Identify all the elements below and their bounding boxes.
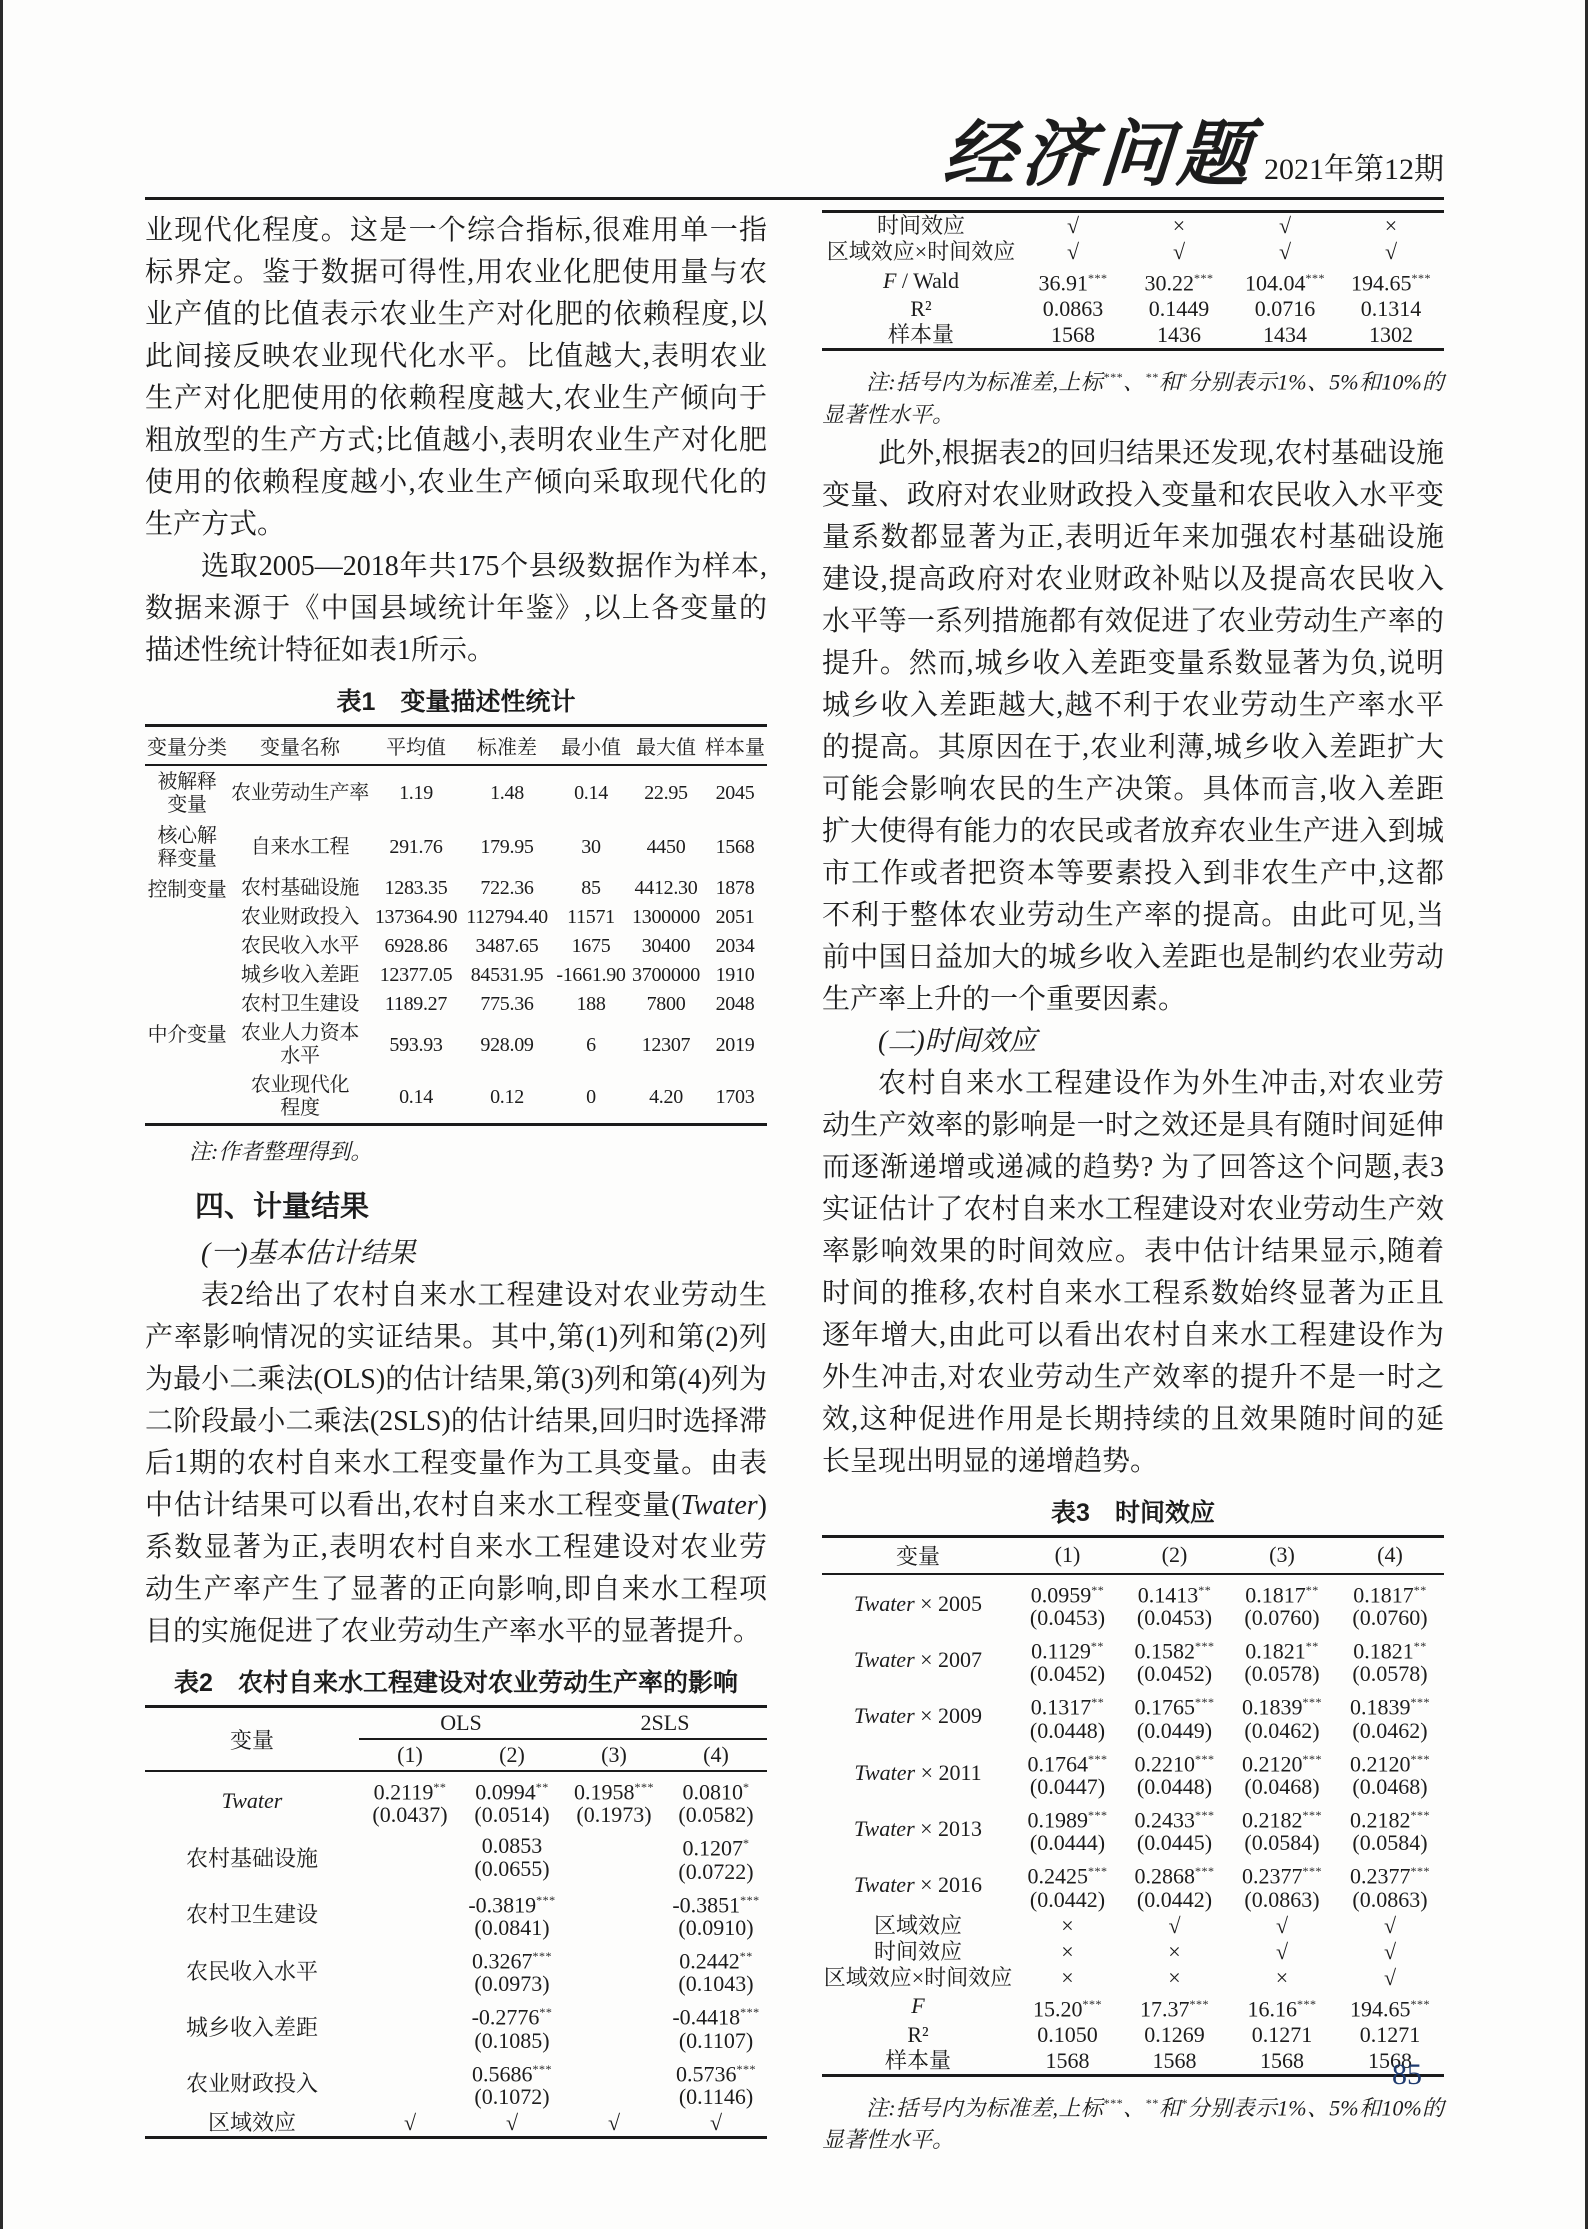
- table-cell: √: [359, 2110, 461, 2138]
- table-cell: 775.36: [461, 990, 553, 1019]
- table-cell: [359, 1828, 461, 1884]
- table-cell: 2034: [703, 932, 767, 961]
- variable-name: 城乡收入差距: [229, 961, 371, 990]
- standard-error: (0.0442): [1014, 1888, 1121, 1911]
- table-row: Twater × 20050.0959**(0.0453)0.1413**(0.…: [822, 1574, 1444, 1631]
- table-cell: 1703: [703, 1071, 767, 1125]
- coefficient: -0.2776**: [461, 2001, 563, 2028]
- table-cell: 0.0863: [1020, 296, 1126, 322]
- effect-mark: ×: [1061, 1913, 1073, 1938]
- subsection-basic-estimation: (一)基本估计结果: [145, 1233, 767, 1275]
- table-cell: 0.2442**(0.1043): [665, 1941, 767, 1997]
- column-header: 变量分类: [145, 726, 229, 766]
- table-row: 区域效应√√√√: [145, 2110, 767, 2138]
- standard-error: (0.0584): [1336, 1831, 1444, 1854]
- table-cell: 0.5686***(0.1072): [461, 2054, 563, 2110]
- table-cell: 4450: [629, 820, 703, 874]
- standard-error: (0.0437): [359, 1803, 461, 1826]
- table-row: F15.20***17.37***16.16***194.65***: [822, 1991, 1444, 2022]
- standard-error: (0.0444): [1014, 1831, 1121, 1854]
- table-row: Twater × 20130.1989***(0.0444)0.2433***(…: [822, 1800, 1444, 1856]
- table-cell: 0.2433***(0.0445): [1121, 1800, 1228, 1856]
- standard-error: (0.0863): [1336, 1888, 1444, 1911]
- table-cell: ×: [1014, 1939, 1121, 1965]
- variable-name: 农业现代化 程度: [229, 1071, 371, 1125]
- row-label: F: [822, 1991, 1014, 2022]
- table-cell: √: [1336, 1939, 1444, 1965]
- column-header: 最大值: [629, 726, 703, 766]
- table2-note: 注:括号内为标准差,上标***、**和*分别表示1%、5%和10%的显著性水平。: [822, 361, 1444, 430]
- table-cell: 928.09: [461, 1019, 553, 1071]
- effect-mark: √: [1168, 1913, 1180, 1938]
- row-label: 样本量: [822, 322, 1020, 350]
- table-cell: -1661.90: [553, 961, 629, 990]
- coefficient: 0.2182***: [1228, 1804, 1336, 1831]
- effect-mark: √: [1384, 1939, 1396, 1964]
- table-cell: 2019: [703, 1019, 767, 1071]
- coefficient: 0.1317**: [1014, 1691, 1121, 1718]
- table-cell: 0.1269: [1121, 2022, 1228, 2048]
- table-cell: 1436: [1126, 322, 1232, 350]
- table-row: 区域效应×时间效应√√√√: [822, 239, 1444, 265]
- table-cell: 16.16***: [1228, 1991, 1336, 2022]
- table-cell: 1568: [1228, 2048, 1336, 2076]
- journal-page: 经济问题 2021年第12期 业现代化程度。这是一个综合指标,很难用单一指标界定…: [0, 0, 1588, 2229]
- table-cell: 0.1314: [1338, 296, 1444, 322]
- coefficient: 0.1129**: [1014, 1635, 1121, 1662]
- column-header: (1): [1014, 1536, 1121, 1574]
- header-rule: [145, 197, 1444, 200]
- standard-error: (0.0841): [461, 1916, 563, 1939]
- method-group-header: OLS: [359, 1707, 563, 1740]
- variable-category: 控制变量: [145, 874, 229, 1019]
- table-cell: √: [1121, 1913, 1228, 1939]
- column-header: 平均值: [371, 726, 461, 766]
- row-label: 区域效应×时间效应: [822, 239, 1020, 265]
- table-cell: 4.20: [629, 1071, 703, 1125]
- table-cell: √: [1338, 239, 1444, 265]
- table-cell: 0.2377***(0.0863): [1336, 1856, 1444, 1912]
- table-cell: √: [1020, 239, 1126, 265]
- table-cell: 0.1989***(0.0444): [1014, 1800, 1121, 1856]
- page-number: 85: [1392, 2058, 1422, 2092]
- row-label: 农民收入水平: [145, 1941, 359, 1997]
- effect-mark: √: [404, 2110, 416, 2135]
- table3-note: 注:括号内为标准差,上标***、**和*分别表示1%、5%和10%的显著性水平。: [822, 2087, 1444, 2156]
- standard-error: (0.0452): [1014, 1662, 1121, 1685]
- coefficient: 0.0853: [461, 1834, 563, 1857]
- table-cell: √: [461, 2110, 563, 2138]
- table1-title: 表1 变量描述性统计: [145, 682, 767, 718]
- standard-error: (0.0584): [1228, 1831, 1336, 1854]
- standard-error: (0.0910): [665, 1916, 767, 1939]
- standard-error: (0.0760): [1336, 1606, 1444, 1629]
- table-cell: 0.3267***(0.0973): [461, 1941, 563, 1997]
- coefficient: 0.1817**: [1228, 1579, 1336, 1606]
- table-row: Twater × 20160.2425***(0.0442)0.2868***(…: [822, 1856, 1444, 1912]
- table-cell: √: [1228, 1939, 1336, 1965]
- table-cell: 0.2120***(0.0468): [1336, 1744, 1444, 1800]
- standard-error: (0.0582): [665, 1803, 767, 1826]
- table-cell: ×: [1121, 1939, 1228, 1965]
- table-cell: 0.14: [371, 1071, 461, 1125]
- table-cell: 1283.35: [371, 874, 461, 903]
- effect-mark: ×: [1168, 1939, 1180, 1964]
- paragraph-time-effect: 农村自来水工程建设作为外生冲击,对农业劳动生产效率的影响是一时之效还是具有随时间…: [822, 1063, 1444, 1483]
- coefficient: 0.1582***: [1121, 1635, 1228, 1662]
- standard-error: (0.1973): [563, 1803, 665, 1826]
- table-cell: 17.37***: [1121, 1991, 1228, 2022]
- standard-error: (0.0448): [1121, 1775, 1228, 1798]
- table-cell: 137364.90: [371, 903, 461, 932]
- effect-mark: √: [1384, 1913, 1396, 1938]
- table-cell: 0.1050: [1014, 2022, 1121, 2048]
- table-cell: 0.0716: [1232, 296, 1338, 322]
- table-row: R²0.08630.14490.07160.1314: [822, 296, 1444, 322]
- table-row: Twater × 20110.1764***(0.0447)0.2210***(…: [822, 1744, 1444, 1800]
- standard-error: (0.0973): [461, 1972, 563, 1995]
- row-label: Twater × 2007: [822, 1631, 1014, 1687]
- table-cell: 0.2120***(0.0468): [1228, 1744, 1336, 1800]
- standard-error: (0.0863): [1228, 1888, 1336, 1911]
- section-heading: 四、计量结果: [145, 1184, 767, 1225]
- effect-mark: ×: [1276, 1965, 1288, 1990]
- table-cell: 30400: [629, 932, 703, 961]
- table-cell: √: [1228, 1913, 1336, 1939]
- table-cell: 0.0959**(0.0453): [1014, 1574, 1121, 1631]
- row-label: 区域效应: [822, 1913, 1014, 1939]
- standard-error: (0.0442): [1121, 1888, 1228, 1911]
- variable-name: 农村卫生建设: [229, 990, 371, 1019]
- column-header: 样本量: [703, 726, 767, 766]
- coefficient: 0.2425***: [1014, 1860, 1121, 1887]
- variable-name: 自来水工程: [229, 820, 371, 874]
- table-cell: 1568: [1121, 2048, 1228, 2076]
- table-cell: [359, 1941, 461, 1997]
- table-cell: 1.48: [461, 765, 553, 820]
- effect-mark: √: [1384, 1965, 1396, 1990]
- table-cell: 4412.30: [629, 874, 703, 903]
- table-cell: [563, 2054, 665, 2110]
- table-cell: 3487.65: [461, 932, 553, 961]
- row-label: Twater × 2011: [822, 1744, 1014, 1800]
- table-row: 区域效应×时间效应×××√: [822, 1965, 1444, 1991]
- table-cell: [563, 1941, 665, 1997]
- table-row: 农业财政投入137364.90112794.401157113000002051: [145, 903, 767, 932]
- table-cell: 0.5736***(0.1146): [665, 2054, 767, 2110]
- effect-mark: √: [1276, 1913, 1288, 1938]
- coefficient: 0.1764***: [1014, 1748, 1121, 1775]
- table-row: 样本量1568143614341302: [822, 322, 1444, 350]
- table-row: 农村基础设施0.0853(0.0655)0.1207*(0.0722): [145, 1828, 767, 1884]
- table-row: 中介变量农业人力资本 水平593.93928.096123072019: [145, 1019, 767, 1071]
- coefficient: 0.2119**: [359, 1776, 461, 1803]
- effect-mark: √: [506, 2110, 518, 2135]
- coefficient: 0.1989***: [1014, 1804, 1121, 1831]
- standard-error: (0.0722): [665, 1860, 767, 1883]
- variable-category: 被解释 变量: [145, 765, 229, 820]
- table-cell: 0.1129**(0.0452): [1014, 1631, 1121, 1687]
- effect-mark: √: [1385, 239, 1397, 264]
- table-cell: 593.93: [371, 1019, 461, 1071]
- column-header: (2): [461, 1739, 563, 1771]
- table-row: F / Wald36.91***30.22***104.04***194.65*…: [822, 265, 1444, 296]
- table-cell: 1568: [1020, 322, 1126, 350]
- standard-error: (0.1107): [665, 2029, 767, 2052]
- standard-error: (0.0462): [1336, 1719, 1444, 1742]
- table-cell: 0.2210***(0.0448): [1121, 1744, 1228, 1800]
- coefficient: 0.2182***: [1336, 1804, 1444, 1831]
- table-row: 时间效应√×√×: [822, 212, 1444, 240]
- effect-mark: √: [1173, 239, 1185, 264]
- table-cell: 0.2377***(0.0863): [1228, 1856, 1336, 1912]
- row-label: Twater × 2016: [822, 1856, 1014, 1912]
- table-cell: 0.0853(0.0655): [461, 1828, 563, 1884]
- standard-error: (0.0578): [1228, 1662, 1336, 1685]
- table-cell: 12307: [629, 1019, 703, 1071]
- standard-error: (0.0655): [461, 1857, 563, 1880]
- table-header-row: 变量(1)(2)(3)(4): [822, 1536, 1444, 1574]
- coefficient: 0.1821**: [1228, 1635, 1336, 1662]
- table-cell: 0.14: [553, 765, 629, 820]
- standard-error: (0.1043): [665, 1972, 767, 1995]
- effect-mark: ×: [1168, 1965, 1180, 1990]
- table-cell: 30.22***: [1126, 265, 1232, 296]
- variable-name: 农业财政投入: [229, 903, 371, 932]
- standard-error: (0.1085): [461, 2029, 563, 2052]
- paragraph-table2-discussion: 表2给出了农村自来水工程建设对农业劳动生产率影响情况的实证结果。其中,第(1)列…: [145, 1275, 767, 1653]
- row-label: R²: [822, 296, 1020, 322]
- effect-mark: √: [710, 2110, 722, 2135]
- table-cell: [563, 1997, 665, 2053]
- effect-mark: ×: [1061, 1939, 1073, 1964]
- journal-name-logo: 经济问题: [940, 96, 1259, 200]
- effect-mark: √: [608, 2110, 620, 2135]
- table-cell: [563, 1828, 665, 1884]
- table-header-row: 变量分类变量名称平均值标准差最小值最大值样本量: [145, 726, 767, 766]
- table-cell: 85: [553, 874, 629, 903]
- table-cell: 0.1817**(0.0760): [1228, 1574, 1336, 1631]
- column-header: 最小值: [553, 726, 629, 766]
- table-cell: 0: [553, 1071, 629, 1125]
- column-header: (1): [359, 1739, 461, 1771]
- row-label: 城乡收入差距: [145, 1997, 359, 2053]
- coefficient: 0.2868***: [1121, 1860, 1228, 1887]
- effect-mark: √: [1276, 1939, 1288, 1964]
- variable-name: 农业人力资本 水平: [229, 1019, 371, 1071]
- table-cell: 0.2119**(0.0437): [359, 1771, 461, 1828]
- standard-error: (0.0453): [1121, 1606, 1228, 1629]
- row-label: Twater × 2005: [822, 1574, 1014, 1631]
- table-cell: 0.1764***(0.0447): [1014, 1744, 1121, 1800]
- column-header: 标准差: [461, 726, 553, 766]
- coefficient: 0.2377***: [1336, 1860, 1444, 1887]
- row-label: R²: [822, 2022, 1014, 2048]
- column-header: (4): [1336, 1536, 1444, 1574]
- coefficient: 0.1207*: [665, 1832, 767, 1859]
- table3-title: 表3 时间效应: [822, 1493, 1444, 1529]
- table-cell: 0.12: [461, 1071, 553, 1125]
- table-cell: ×: [1121, 1965, 1228, 1991]
- coefficient: 0.0810*: [665, 1776, 767, 1803]
- column-header: (3): [563, 1739, 665, 1771]
- coefficient: 0.2120***: [1336, 1748, 1444, 1775]
- table-cell: 0.2868***(0.0442): [1121, 1856, 1228, 1912]
- effect-mark: ×: [1385, 213, 1397, 238]
- table-cell: 0.2182***(0.0584): [1228, 1800, 1336, 1856]
- variable-header: 变量: [145, 1707, 359, 1772]
- table-cell: [359, 1997, 461, 2053]
- coefficient: 0.2210***: [1121, 1748, 1228, 1775]
- table-cell: 194.65***: [1338, 265, 1444, 296]
- table-cell: [563, 1885, 665, 1941]
- coefficient: -0.4418***: [665, 2001, 767, 2028]
- row-label: Twater × 2013: [822, 1800, 1014, 1856]
- table-cell: 0.1317**(0.0448): [1014, 1687, 1121, 1743]
- standard-error: (0.1146): [665, 2085, 767, 2108]
- table-cell: 188: [553, 990, 629, 1019]
- table-cell: 6: [553, 1019, 629, 1071]
- table-row: 区域效应×√√√: [822, 1913, 1444, 1939]
- coefficient: 0.5736***: [665, 2058, 767, 2085]
- table-cell: 194.65***: [1336, 1991, 1444, 2022]
- table-cell: √: [1232, 212, 1338, 240]
- table-cell: 112794.40: [461, 903, 553, 932]
- standard-error: (0.0448): [1014, 1719, 1121, 1742]
- table-row: 农村卫生建设1189.27775.3618878002048: [145, 990, 767, 1019]
- subsection-time-effect: (二)时间效应: [822, 1021, 1444, 1063]
- table-cell: 0.1271: [1228, 2022, 1336, 2048]
- standard-error: (0.0452): [1121, 1662, 1228, 1685]
- standard-error: (0.0445): [1121, 1831, 1228, 1854]
- table-cell: 1189.27: [371, 990, 461, 1019]
- table-cell: 179.95: [461, 820, 553, 874]
- coefficient: 0.5686***: [461, 2058, 563, 2085]
- effect-mark: √: [1279, 239, 1291, 264]
- effect-mark: √: [1067, 213, 1079, 238]
- table-row: 农民收入水平0.3267***(0.0973)0.2442**(0.1043): [145, 1941, 767, 1997]
- table-cell: 0.1765***(0.0449): [1121, 1687, 1228, 1743]
- row-label: 农村基础设施: [145, 1828, 359, 1884]
- coefficient: 0.0959**: [1014, 1579, 1121, 1606]
- table1-descriptive-statistics: 变量分类变量名称平均值标准差最小值最大值样本量被解释 变量农业劳动生产率1.19…: [145, 724, 767, 1126]
- table-row: 控制变量农村基础设施1283.35722.36854412.301878: [145, 874, 767, 903]
- left-column: 业现代化程度。这是一个综合指标,很难用单一指标界定。鉴于数据可得性,用农业化肥使…: [145, 210, 767, 2139]
- table-cell: √: [665, 2110, 767, 2138]
- journal-header: 经济问题 2021年第12期: [1020, 96, 1444, 200]
- column-header: (3): [1228, 1536, 1336, 1574]
- table-cell: 30: [553, 820, 629, 874]
- coefficient: 0.1413**: [1121, 1579, 1228, 1606]
- standard-error: (0.0468): [1228, 1775, 1336, 1798]
- table-row: 农民收入水平6928.863487.651675304002034: [145, 932, 767, 961]
- table-cell: √: [1232, 239, 1338, 265]
- table-cell: 0.0994**(0.0514): [461, 1771, 563, 1828]
- row-label: 区域效应×时间效应: [822, 1965, 1014, 1991]
- effect-mark: √: [1279, 213, 1291, 238]
- table-cell: 0.1839***(0.0462): [1228, 1687, 1336, 1743]
- table-cell: 1568: [1336, 2048, 1444, 2076]
- table-cell: 291.76: [371, 820, 461, 874]
- table-cell: 1568: [1014, 2048, 1121, 2076]
- table-cell: 0.1839***(0.0462): [1336, 1687, 1444, 1743]
- column-header: (2): [1121, 1536, 1228, 1574]
- table-cell: 0.1271: [1336, 2022, 1444, 2048]
- table-cell: 2048: [703, 990, 767, 1019]
- standard-error: (0.0453): [1014, 1606, 1121, 1629]
- table-cell: -0.3851***(0.0910): [665, 1885, 767, 1941]
- table2-regression: 变量OLS2SLS(1)(2)(3)(4)Twater0.2119**(0.04…: [145, 1705, 767, 2139]
- table-cell: 11571: [553, 903, 629, 932]
- paragraph-sample: 选取2005—2018年共175个县级数据作为样本,数据来源于《中国县域统计年鉴…: [145, 546, 767, 672]
- table-cell: 1300000: [629, 903, 703, 932]
- row-label: F / Wald: [822, 265, 1020, 296]
- effect-mark: √: [1067, 239, 1079, 264]
- coefficient: 0.1765***: [1121, 1691, 1228, 1718]
- standard-error: (0.0760): [1228, 1606, 1336, 1629]
- table-row: 样本量1568156815681568: [822, 2048, 1444, 2076]
- table3-time-effects: 变量(1)(2)(3)(4)Twater × 20050.0959**(0.04…: [822, 1535, 1444, 2077]
- table-cell: 2045: [703, 765, 767, 820]
- coefficient: 0.0994**: [461, 1776, 563, 1803]
- table-cell: 1675: [553, 932, 629, 961]
- coefficient: 0.2433***: [1121, 1804, 1228, 1831]
- coefficient: 0.3267***: [461, 1945, 563, 1972]
- table-cell: ×: [1014, 1965, 1121, 1991]
- table-cell: √: [1126, 239, 1232, 265]
- table-row: 城乡收入差距12377.0584531.95-1661.903700000191…: [145, 961, 767, 990]
- coefficient: 0.2377***: [1228, 1860, 1336, 1887]
- table2-title: 表2 农村自来水工程建设对农业劳动生产率的影响: [145, 1663, 767, 1699]
- table-cell: 0.2425***(0.0442): [1014, 1856, 1121, 1912]
- standard-error: (0.0578): [1336, 1662, 1444, 1685]
- variable-category: 中介变量: [145, 1019, 229, 1125]
- table-cell: √: [1020, 212, 1126, 240]
- table-cell: [359, 1885, 461, 1941]
- coefficient: 0.1817**: [1336, 1579, 1444, 1606]
- table-row: 农村卫生建设-0.3819***(0.0841)-0.3851***(0.091…: [145, 1885, 767, 1941]
- effect-mark: ×: [1173, 213, 1185, 238]
- table-cell: 12377.05: [371, 961, 461, 990]
- table-cell: 722.36: [461, 874, 553, 903]
- row-label: 时间效应: [822, 1939, 1014, 1965]
- table-cell: 0.1449: [1126, 296, 1232, 322]
- table-cell: 0.1821**(0.0578): [1228, 1631, 1336, 1687]
- table-cell: √: [563, 2110, 665, 2138]
- table-cell: ×: [1338, 212, 1444, 240]
- table-cell: 0.2182***(0.0584): [1336, 1800, 1444, 1856]
- table-cell: 1434: [1232, 322, 1338, 350]
- coefficient: 0.1821**: [1336, 1635, 1444, 1662]
- table-cell: √: [1336, 1913, 1444, 1939]
- table-cell: ×: [1014, 1913, 1121, 1939]
- table-cell: -0.3819***(0.0841): [461, 1885, 563, 1941]
- column-header: 变量名称: [229, 726, 371, 766]
- table-cell: 1878: [703, 874, 767, 903]
- column-header: (4): [665, 1739, 767, 1771]
- paragraph-table2-findings: 此外,根据表2的回归结果还发现,农村基础设施变量、政府对农业财政投入变量和农民收…: [822, 433, 1444, 1021]
- table-cell: 7800: [629, 990, 703, 1019]
- coefficient: 0.2120***: [1228, 1748, 1336, 1775]
- table-cell: 1568: [703, 820, 767, 874]
- table-cell: 0.1817**(0.0760): [1336, 1574, 1444, 1631]
- table-cell: 84531.95: [461, 961, 553, 990]
- journal-issue: 2021年第12期: [1264, 144, 1444, 188]
- table-cell: 1.19: [371, 765, 461, 820]
- table-cell: 0.0810*(0.0582): [665, 1771, 767, 1828]
- table-cell: 0.1582***(0.0452): [1121, 1631, 1228, 1687]
- row-label: 样本量: [822, 2048, 1014, 2076]
